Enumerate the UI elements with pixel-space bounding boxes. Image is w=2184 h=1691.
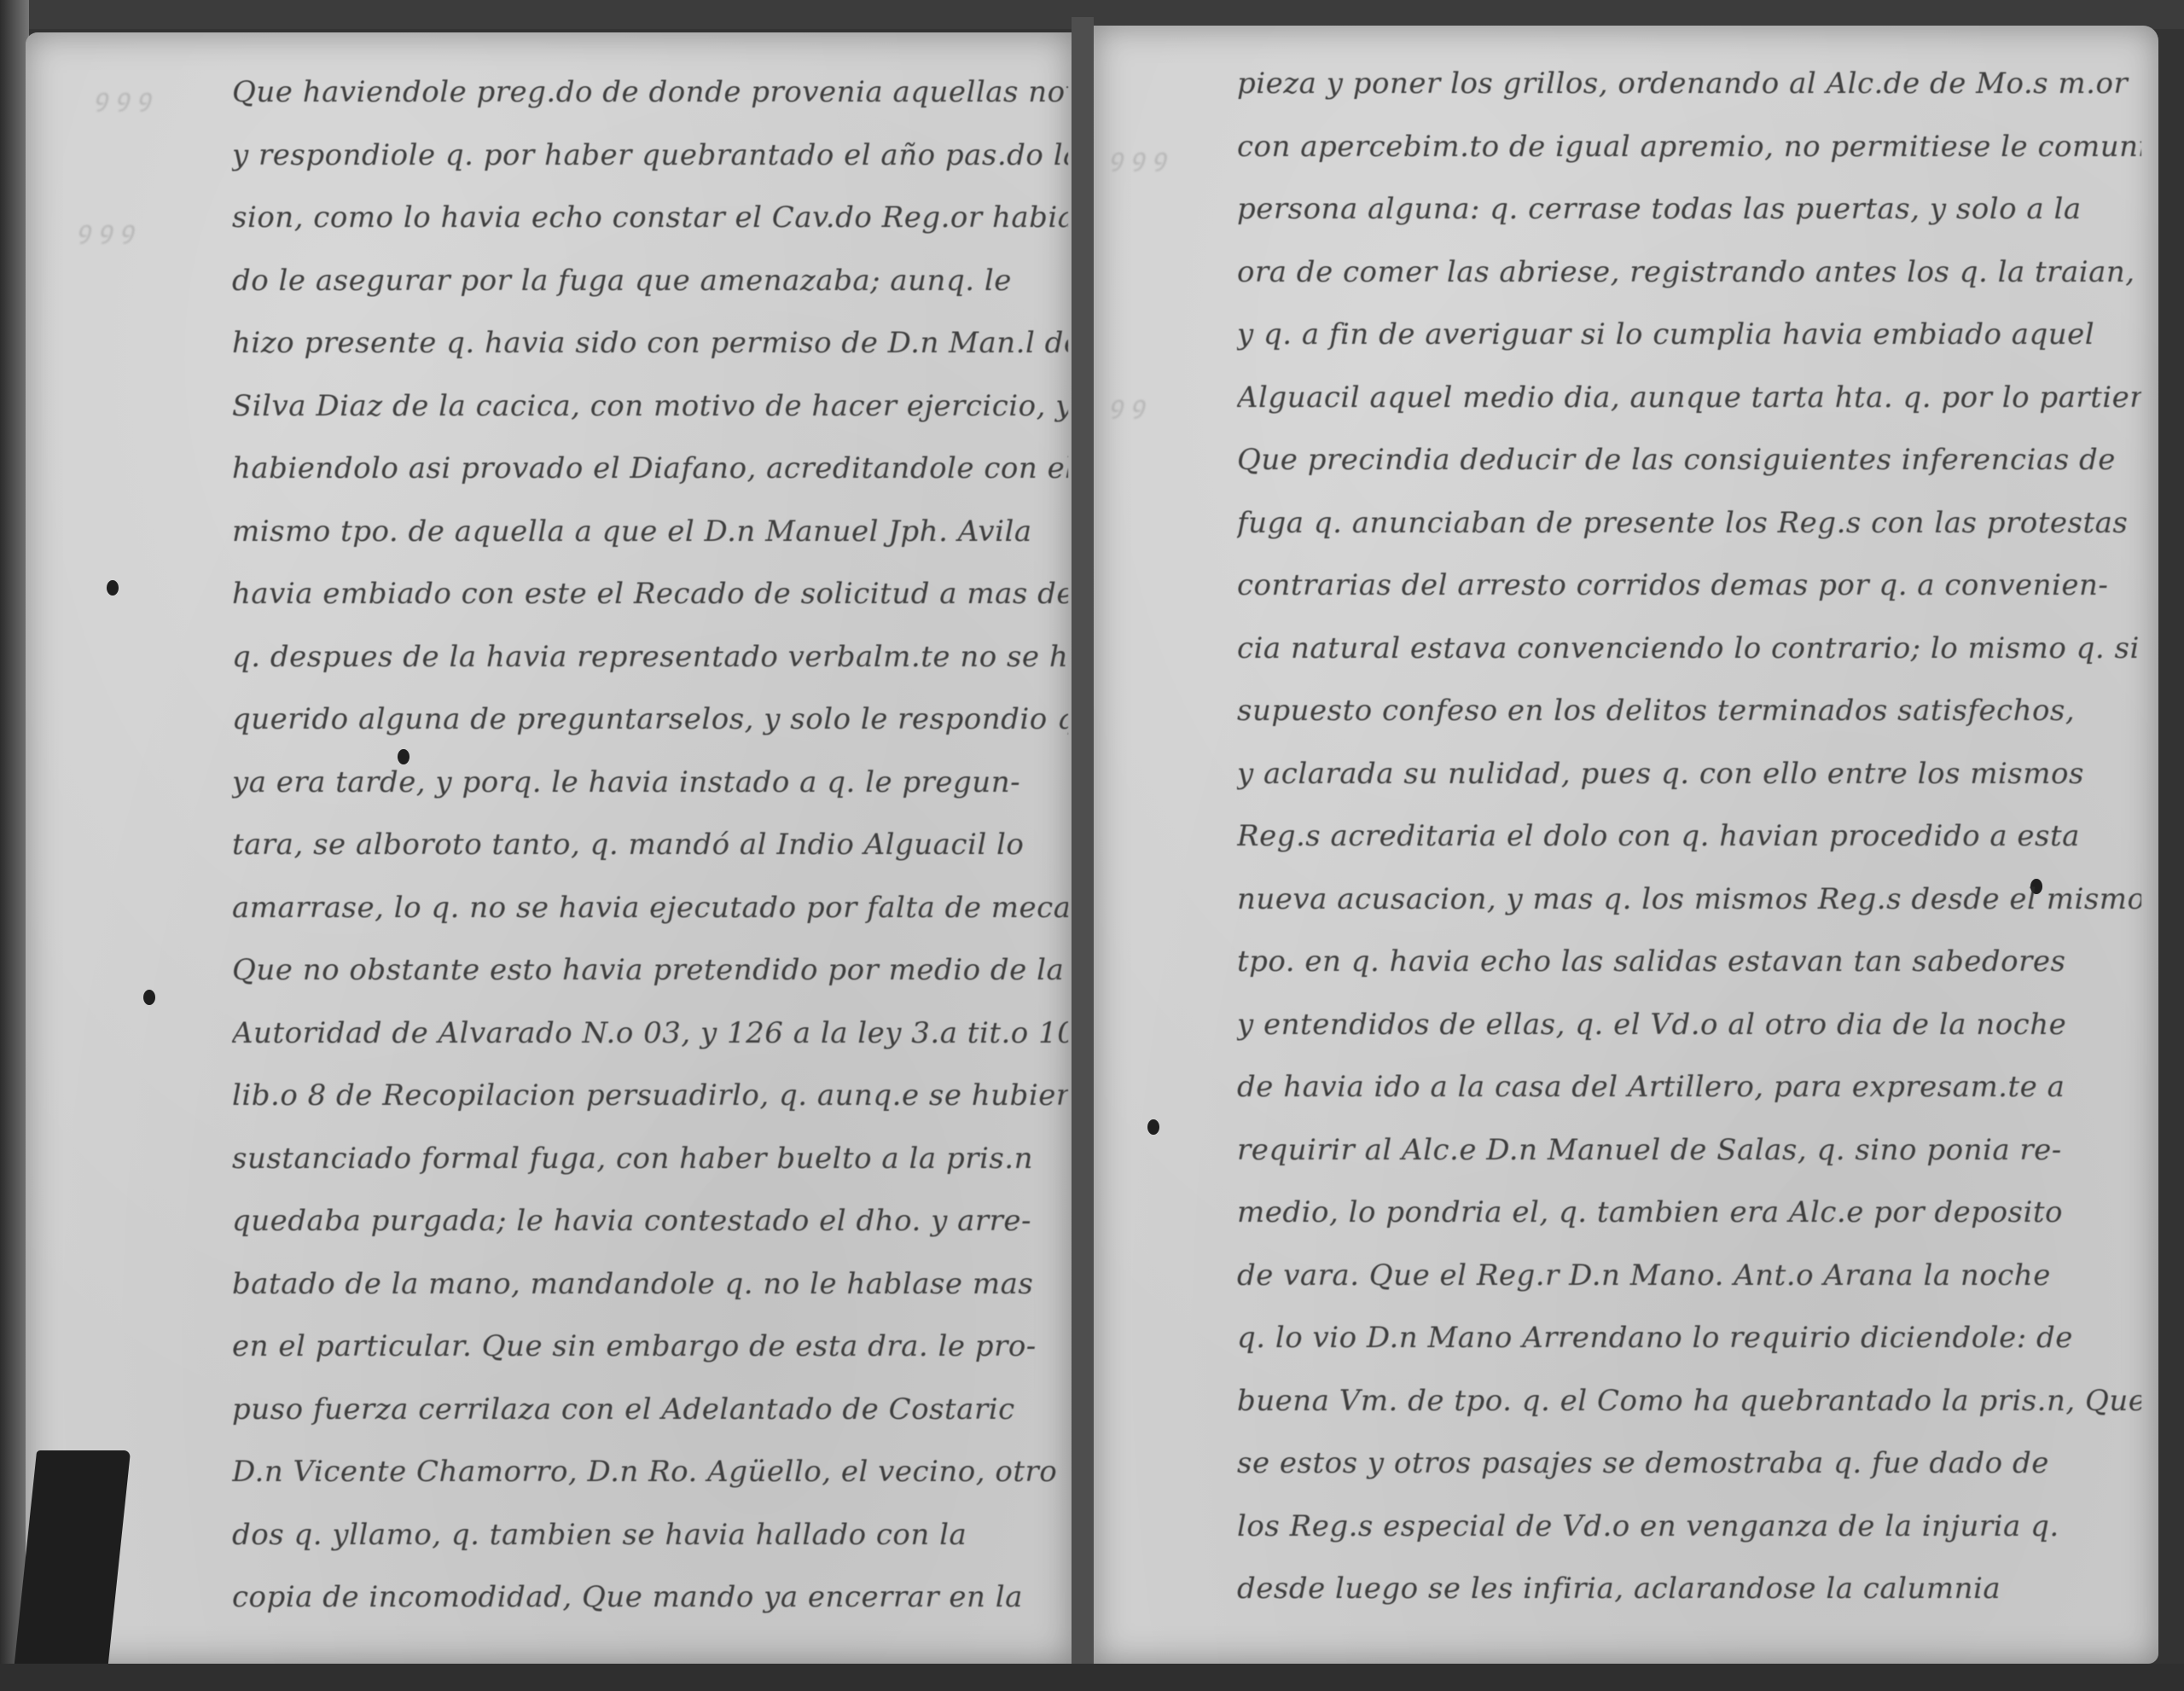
text-line: contrarias del arresto corridos demas po… (1237, 555, 2141, 618)
text-line: medio, lo pondria el, q. tambien era Alc… (1237, 1182, 2141, 1245)
text-line: lib.o 8 de Recopilacion persuadirlo, q. … (232, 1065, 1068, 1128)
text-line: havia embiado con este el Recado de soli… (232, 563, 1068, 626)
text-line: de havia ido a la casa del Artillero, pa… (1237, 1056, 2141, 1119)
text-line: y aclarada su nulidad, pues q. con ello … (1237, 743, 2141, 806)
text-line: de vara. Que el Reg.r D.n Mano. Ant.o Ar… (1237, 1245, 2141, 1308)
text-line: cia natural estava convenciendo lo contr… (1237, 618, 2141, 681)
right-page-text: pieza y poner los grillos, ordenando al … (1237, 53, 2141, 1621)
text-line: en el particular. Que sin embargo de est… (232, 1316, 1068, 1379)
text-line: Que no obstante esto havia pretendido po… (232, 939, 1068, 1002)
text-line: quedaba purgada; le havia contestado el … (232, 1190, 1068, 1253)
margin-bleed-through: ꝯ ꝯ ꝯ (1109, 141, 1166, 173)
book-spine-edge (0, 0, 29, 1691)
text-line: y q. a fin de averiguar si lo cumplia ha… (1237, 304, 2141, 367)
scan-bottom-border (0, 1664, 2184, 1691)
text-line: batado de la mano, mandandole q. no le h… (232, 1253, 1068, 1316)
text-line: q. lo vio D.n Mano Arrendano lo requirio… (1237, 1307, 2141, 1370)
text-line: se estos y otros pasajes se demostraba q… (1237, 1432, 2141, 1496)
text-line: sustanciado formal fuga, con haber buelt… (232, 1128, 1068, 1191)
text-line: habiendolo asi provado el Diafano, acred… (232, 438, 1068, 501)
text-line: Que haviendole preg.do de donde provenia… (232, 61, 1068, 125)
text-line: supuesto confeso en los delitos terminad… (1237, 680, 2141, 743)
text-line: requirir al Alc.e D.n Manuel de Salas, q… (1237, 1119, 2141, 1183)
text-line: Reg.s acreditaria el dolo con q. havian … (1237, 805, 2141, 869)
text-line: copia de incomodidad, Que mando ya encer… (232, 1566, 1068, 1630)
text-line: Silva Diaz de la cacica, con motivo de h… (232, 375, 1068, 439)
text-line: hizo presente q. havia sido con permiso … (232, 312, 1068, 375)
text-line: dos q. yllamo, q. tambien se havia halla… (232, 1504, 1068, 1567)
margin-bleed-through: ꝯ ꝯ ꝯ (77, 213, 134, 246)
text-line: los Reg.s especial de Vd.o en venganza d… (1237, 1496, 2141, 1559)
text-line: con apercebim.to de igual apremio, no pe… (1237, 116, 2141, 179)
book-gutter (1072, 17, 1094, 1681)
text-line: tpo. en q. havia echo las salidas estava… (1237, 931, 2141, 994)
text-line: D.n Vicente Chamorro, D.n Ro. Agüello, e… (232, 1441, 1068, 1504)
text-line: tara, se alboroto tanto, q. mandó al Ind… (232, 814, 1068, 877)
text-line: puso fuerza cerrilaza con el Adelantado … (232, 1379, 1068, 1442)
manuscript-scan: ꝯ ꝯ ꝯ ꝯ ꝯ ꝯ ꝯ ꝯ ꝯ ꝯ ꝯ Que haviendole pre… (0, 0, 2184, 1691)
ink-spot (143, 990, 155, 1005)
text-line: nueva acusacion, y mas q. los mismos Reg… (1237, 869, 2141, 932)
text-line: amarrase, lo q. no se havia ejecutado po… (232, 877, 1068, 940)
text-line: ya era tarde, y porq. le havia instado a… (232, 752, 1068, 815)
text-line: Autoridad de Alvarado N.o 03, y 126 a la… (232, 1002, 1068, 1066)
text-line: buena Vm. de tpo. q. el Como ha quebrant… (1237, 1370, 2141, 1433)
text-line: desde luego se les infiria, aclarandose … (1237, 1558, 2141, 1621)
text-line: querido alguna de preguntarselos, y solo… (232, 689, 1068, 752)
text-line: persona alguna: q. cerrase todas las pue… (1237, 178, 2141, 241)
text-line: ora de comer las abriese, registrando an… (1237, 241, 2141, 305)
margin-bleed-through: ꝯ ꝯ ꝯ (94, 81, 151, 113)
text-line: Que precindia deducir de las consiguient… (1237, 429, 2141, 492)
left-page-text: Que haviendole preg.do de donde provenia… (232, 61, 1068, 1630)
text-line: pieza y poner los grillos, ordenando al … (1237, 53, 2141, 116)
text-line: Alguacil aquel medio dia, aunque tarta h… (1237, 367, 2141, 430)
text-line: mismo tpo. de aquella a que el D.n Manue… (232, 501, 1068, 564)
ink-spot (1147, 1119, 1159, 1135)
ink-spot (107, 580, 119, 596)
text-line: y respondiole q. por haber quebrantado e… (232, 125, 1068, 188)
text-line: do le asegurar por la fuga que amenazaba… (232, 250, 1068, 313)
text-line: fuga q. anunciaban de presente los Reg.s… (1237, 492, 2141, 555)
text-line: sion, como lo havia echo constar el Cav.… (232, 187, 1068, 250)
text-line: y entendidos de ellas, q. el Vd.o al otr… (1237, 994, 2141, 1057)
text-line: q. despues de la havia representado verb… (232, 626, 1068, 689)
margin-bleed-through: ꝯ ꝯ (1109, 388, 1145, 421)
